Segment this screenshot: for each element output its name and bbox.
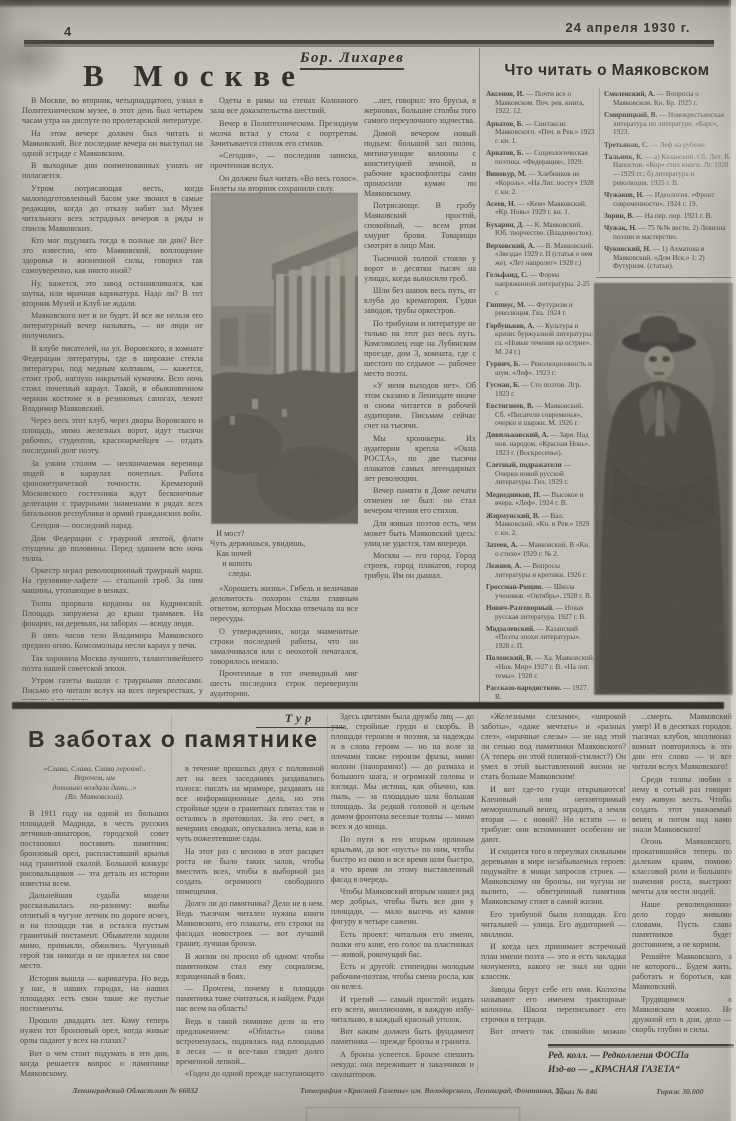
- feuilleton-paragraph: Наше революционное дело гордо живыми сло…: [632, 900, 732, 950]
- feuilleton-paragraph: Вот о чем стоит подумать в эти дни, когд…: [20, 1049, 169, 1078]
- feuilleton-paragraph: Есть и другой: стипендии молодым рабочим…: [331, 962, 474, 992]
- feuilleton-paragraph: Ведь в такой поминке дело за его предлож…: [176, 1017, 324, 1067]
- scan-artifact-box: [306, 1107, 520, 1121]
- bibliography-entry: Гельфанд, С. — Форма напряженной литерат…: [486, 271, 595, 297]
- article-paragraph: Он должен был читать «Во весь голос». Би…: [210, 174, 358, 194]
- article-column-2: Одеты в рамы на стенах Колонного зала вс…: [210, 96, 358, 702]
- article-paragraph: Через весь этот клуб, через дворы Воровс…: [22, 416, 203, 456]
- epigraph-line: Впрочем, им: [20, 773, 169, 782]
- bibliography-entry: Гурвич, Б. — Революционность и шум. «Леф…: [486, 360, 595, 377]
- bibliography-entry: Асеев, Н. — «Кем» Маяковский. «Кр. Новь»…: [486, 200, 595, 217]
- feuilleton-paragraph: И третий — самый простой: издать его все…: [331, 995, 474, 1025]
- bibliography-entry: Слетный, подражатели — Очерки новой русс…: [486, 461, 595, 487]
- article-paragraph: За узким столом — нескончаемая вереница …: [22, 459, 203, 519]
- article-paragraph: На этом вечере должен был читать и Маяко…: [22, 129, 203, 159]
- article-paragraph: Одеты в рамы на стенах Колонного зала вс…: [210, 96, 358, 116]
- bibliography-entry: Аксенов, И. — Почти все о Маяковском. Пе…: [486, 90, 595, 116]
- article-paragraph: Мы хроникеры. Их аудитории крепла «Окна …: [364, 434, 476, 484]
- feuilleton-paragraph: В жизни он просил об одном: чтобы памятн…: [176, 952, 324, 982]
- bibliography-column-2: Смоленский, А. — Вопросы о Маяковском. К…: [604, 90, 731, 270]
- bibliography-entry: Бухарин, Д. — К. Маяковский. Юб. творчес…: [486, 221, 595, 238]
- feuilleton-paragraph: Есть проект: читальня его имени, полки е…: [331, 930, 474, 960]
- feuilleton-paragraph: И сходится того в переулках сильными дер…: [481, 847, 626, 907]
- article-paragraph: «Сегодня», — последняя записка, прочтенн…: [210, 151, 358, 171]
- feuilleton-column-1: «Слава, Слава, Слава героям!..Впрочем, и…: [20, 764, 169, 1078]
- feuilleton-paragraph: Долго ли до памятника? Дело не в нем. Ве…: [176, 899, 324, 949]
- feuilleton-paragraph: Чтобы Маяковский вторым нашел ряд мер до…: [331, 887, 474, 927]
- editorial-line-2: Изд-во — „КРАСНАЯ ГАЗЕТА“: [548, 1065, 734, 1075]
- feuilleton-column-4: «Железными слезами», «широкой заботы», «…: [481, 712, 626, 1040]
- column-rule-bibliography: [599, 88, 600, 272]
- newspaper-page: 4 24 апреля 1930 г. Бор. Лихарев В Москв…: [0, 0, 736, 1121]
- feuilleton-paragraph: Его трибуной были площади. Его читальней…: [481, 910, 626, 940]
- bibliography-entry: Тальник, К. — а) Казанский. Сб. Лит. В. …: [604, 153, 731, 188]
- bibliography-entry: Жирмунский, В. — Вал. Маяковский. «Кн. и…: [486, 512, 595, 538]
- article-paragraph: Кто мог подумать тогда в полные ли дни? …: [22, 236, 203, 276]
- article-paragraph: Шли без шапок весь путь, от клуба до кре…: [364, 286, 476, 316]
- feuilleton-paragraph: ...смерть. Маяковский умер! И в десятках…: [632, 712, 732, 772]
- article-paragraph: Тысячной толпой стояли у ворот и десятки…: [364, 254, 476, 284]
- article-column-1: В Москве, во вторник, четырнадцатого, уз…: [22, 96, 203, 700]
- article-paragraph: Сегодня — последний парад.: [22, 521, 203, 531]
- issue-date: 24 апреля 1930 г.: [540, 20, 716, 35]
- verse-line: Как ночей: [210, 549, 358, 559]
- building-photo: [211, 193, 358, 524]
- imprint-center: Типография «Красной Газеты» им. Володарс…: [300, 1086, 563, 1095]
- feuilleton-paragraph: И когда цех принимает встречный план име…: [481, 942, 626, 982]
- feuilleton-column-2: в течение прошлых двух с половиной лет н…: [176, 764, 324, 1078]
- article-paragraph: Домой вечером новый подъем: большой зал …: [364, 129, 476, 199]
- feuilleton-paragraph: На этот раз с весною в этот расцвет рост…: [176, 847, 324, 897]
- article-paragraph: Потрясающе. В гробу Маяковский простой, …: [364, 201, 476, 251]
- article-column-2-bottom: «Хорошеть жизнь». Гибель и величавая дел…: [210, 584, 358, 702]
- header-rule: [24, 40, 714, 44]
- feuilleton-paragraph: «Годен до одной прежде наступающего наст…: [176, 1069, 324, 1078]
- epigraph: «Слава, Слава, Слава героям!..Впрочем, и…: [20, 764, 169, 802]
- article-title: В Москве: [83, 58, 306, 94]
- bottom-rule-3: [477, 714, 478, 1074]
- epigraph-line: «Слава, Слава, Слава героям!..: [20, 764, 169, 773]
- bibliography-entry: Нович-Разговорный. — Новая русская литер…: [486, 604, 595, 621]
- bottom-rule-4: [629, 714, 630, 1036]
- scan-top-edge: [0, 0, 736, 8]
- imprint-left: Ленинградский Областлит № 66832: [72, 1086, 198, 1095]
- feuilleton-paragraph: Решайте Маяковского, а не которого... Бу…: [632, 952, 732, 992]
- editorial-line-1: Ред. колл. — Редколлегия ФОСПа: [548, 1051, 734, 1061]
- verse-line: Чуть держишься, увидишь,: [210, 539, 358, 549]
- feuilleton-paragraph: Здесь цветами была дружба лиц — до узла,…: [331, 712, 474, 832]
- feuilleton-paragraph: Вот каким должен быть фундамент памятник…: [331, 1027, 474, 1047]
- photo-top-rule: [596, 277, 733, 278]
- feuilleton-paragraph: Трудящимся в Маяковском можно. Не дружно…: [632, 995, 732, 1035]
- verse-line: следы.: [210, 569, 358, 579]
- feuilleton-paragraph: Дальнейшая судьба модели рассказывалась …: [20, 891, 169, 971]
- footer-rule: [548, 1044, 734, 1046]
- imprint-order: Заказ № 846: [556, 1087, 597, 1096]
- article-paragraph: Прочтенные в тот очевидный миг шесть пос…: [210, 669, 358, 699]
- article-paragraph: Для живых поэтов есть, чем может быть Ма…: [364, 519, 476, 549]
- feuilleton-paragraph: А бронза успеется. Бронзе спешить некуда…: [331, 1050, 474, 1079]
- portrait-photo: [594, 283, 733, 695]
- bottom-rule-2: [327, 714, 328, 1074]
- feuilleton-paragraph: И вот где-то гущи открываются! Кленовый …: [481, 785, 626, 845]
- feuilleton-paragraph: В 1911 году на одной из больших площадей…: [20, 809, 169, 889]
- article-paragraph: Вечер памяти в Доме печати отменен не бы…: [364, 486, 476, 516]
- bibliography-entry: Чуковский, Н. — 1) Ахматова и Маяковский…: [604, 245, 731, 270]
- bottom-rule-1: [171, 714, 172, 1074]
- feuilleton-column-3: Здесь цветами была дружба лиц — до узла,…: [331, 712, 474, 1078]
- article-paragraph: ...нет, говорил: это брусья, в жерновах,…: [364, 96, 476, 126]
- verse-line: И мост?: [210, 529, 358, 539]
- bibliography-entry: Арватов, Б. — Социологическая поэтика. «…: [486, 149, 595, 166]
- bibliography-entry: Полонский, В. — Ха. Маяковский. «Нов. Ми…: [486, 654, 595, 680]
- article-column-2-top: Одеты в рамы на стенах Колонного зала вс…: [210, 96, 358, 193]
- article-paragraph: Ну, кажется, это завод останавливался, к…: [22, 279, 203, 309]
- bibliography-entry: Верховский, А. — В. Маяковский. «Звезда»…: [486, 242, 595, 268]
- bibliography-entry: Гроссман-Рощин. — Школа учеников. «Октяб…: [486, 583, 595, 600]
- bibliography-entry: Смирницкий, В. — Новокрестьянская литера…: [604, 111, 731, 137]
- feuilleton-column-5: ...смерть. Маяковский умер! И в десятках…: [632, 712, 732, 1035]
- article-author: Бор. Лихарев: [300, 50, 404, 70]
- bibliography-title: Что читать о Маяковском: [482, 62, 732, 80]
- article-paragraph: В Москве, во вторник, четырнадцатого, уз…: [22, 96, 203, 126]
- bibliography-entry: Медведников, П. — Высокое и вчера. «Леф»…: [486, 491, 595, 508]
- feuilleton-paragraph: Среди толпы любви к нему в сотый раз гов…: [632, 775, 732, 835]
- article-paragraph: Утром газеты вышли с траурными полосами.…: [22, 676, 203, 700]
- verse-quote: И мост?Чуть держишься, увидишь, Как ноче…: [210, 529, 358, 579]
- article-paragraph: «Хорошеть жизнь». Гибель и величавая дел…: [210, 584, 358, 624]
- bibliography-entry: Гиппиус, М. — Футуризм и революция. Гиз.…: [486, 301, 595, 318]
- feuilleton-paragraph: История вышла — карикатура. Но ведь у на…: [20, 974, 169, 1014]
- bibliography-entry: Лежнев, А. — Вопросы литературы и критик…: [486, 562, 595, 579]
- bibliography-entry: Рассказо-пародисткою. — 1927. В.: [486, 684, 595, 700]
- bibliography-entry: Зорин, В. — На пер. пор. 1921 г. В.: [604, 212, 731, 221]
- article-paragraph: В пять часов тело Владимира Маяковского …: [22, 631, 203, 651]
- bibliography-entry: Гусман, Б. — Сто поэтов. Лгр. 1923 г.: [486, 381, 595, 398]
- bibliography-entry: Дивильковский, А. — Заря. Над нов. народ…: [486, 431, 595, 457]
- bibliography-entry: Арватов, Б. — Синтаксис Маяковского. «Пе…: [486, 120, 595, 146]
- page-number: 4: [64, 24, 71, 39]
- article-paragraph: Толпа прорвала кордоны на Кудринской. Пл…: [22, 599, 203, 629]
- bibliography-entry: Модзалевский. — Казанский «Поэты эпохи л…: [486, 625, 595, 651]
- feuilleton-paragraph: Вот отчего так спокойно можно спорить о …: [481, 1027, 626, 1040]
- article-paragraph: Вечер в Политехническом. Президиум молча…: [210, 119, 358, 149]
- article-paragraph: Так хоронила Москва лучшего, талантливей…: [22, 654, 203, 674]
- section-divider-bar: [12, 702, 724, 709]
- article-paragraph: В выходные дни поименованных узнать не п…: [22, 161, 203, 181]
- bibliography-column-1: Аксенов, И. — Почти все о Маяковском. Пе…: [486, 90, 595, 700]
- feuilleton-column-1-text: В 1911 году на одной из больших площадей…: [20, 809, 169, 1078]
- epigraph-line: довольно воздали дани...»: [20, 783, 169, 792]
- article-paragraph: Маяковского нет и не будет. И все же нел…: [22, 311, 203, 341]
- feuilleton-paragraph: Огонь Маяковского, прокатившийся теперь …: [632, 837, 732, 897]
- article-paragraph: В клубе писателей, на ул. Воровского, в …: [22, 344, 203, 414]
- feuilleton-paragraph: в течение прошлых двух с половиной лет н…: [176, 764, 324, 844]
- bibliography-entry: Чужак, Н. — 75 №№ вестн. 2) Левизна поэз…: [604, 224, 731, 241]
- article-paragraph: О утверждениях, когда знаменитые строки …: [210, 627, 358, 667]
- column-rule-main: [479, 48, 480, 702]
- article-paragraph: Утром потрясающая весть, когда малоподго…: [22, 184, 203, 234]
- article-paragraph: По трибунам и литературе не только на эт…: [364, 319, 476, 379]
- bibliography-entry: Третьяков, С. — Леф на рубеже.: [604, 141, 731, 150]
- feuilleton-paragraph: По пути к его вторым орлиным крыльям, да…: [331, 835, 474, 885]
- feuilleton-paragraph: «Железными слезами», «широкой заботы», «…: [481, 712, 626, 782]
- editorial-footer: Ред. колл. — Редколлегия ФОСПа Изд-во — …: [548, 1051, 734, 1079]
- article-column-3: ...нет, говорил: это брусья, в жерновах,…: [364, 96, 476, 702]
- bibliography-entry: Смоленский, А. — Вопросы о Маяковском. К…: [604, 90, 731, 107]
- bibliography-entry: Затеев, А. — Маяковский. В «Кн. о стихе»…: [486, 541, 595, 558]
- article-paragraph: Москва — его город. Город строек, город …: [364, 551, 476, 581]
- feuilleton-paragraph: Заводы берут себе его имя. Колхозы назыв…: [481, 985, 626, 1025]
- bibliography-entry: Горбуньков, А. — Культура и кризис буржу…: [486, 322, 595, 357]
- article-paragraph: «У меня выходов нет». Об этом сказано в …: [364, 381, 476, 431]
- feuilleton-title: В заботах о памятнике: [28, 726, 319, 753]
- article-paragraph: Дом Федерации с траурной лентой, флаги с…: [22, 534, 203, 564]
- article-paragraph: Оркестр играл революционный траурный мар…: [22, 566, 203, 596]
- verse-line: и копоть: [210, 559, 358, 569]
- bibliography-entry: Евстигнеев, В. — Маяковский. Сб. «Писате…: [486, 402, 595, 428]
- bibliography-entry: Винокур, М. — Хлебников не «Король». «На…: [486, 170, 595, 196]
- epigraph-line: (Вл. Маяковский).: [20, 792, 169, 801]
- imprint-circulation: Тираж 30.000: [656, 1087, 704, 1096]
- feuilleton-paragraph: Прошло двадцать лет. Кому теперь нужен т…: [20, 1016, 169, 1046]
- feuilleton-paragraph: — Прочтем, почему в площади памятника то…: [176, 984, 324, 1014]
- bibliography-entry: Чужаков, Н. — Идеология. «Фронт современ…: [604, 191, 731, 208]
